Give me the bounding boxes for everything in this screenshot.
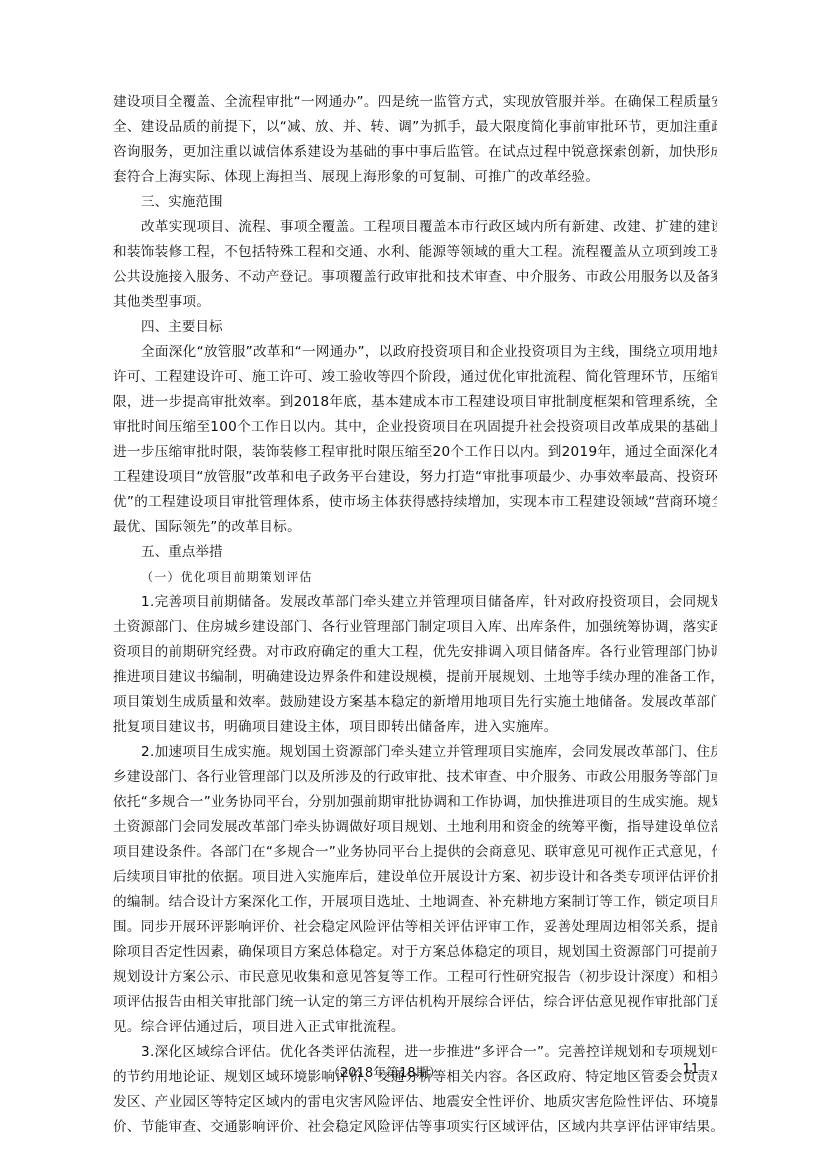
- text-line: 优”的工程建设项目审批管理体系，使市场主体获得感持续增加，实现本市工程建设领域“…: [113, 490, 717, 515]
- text-line: 围。同步开展环评影响评价、社会稳定风险评估等相关评估评审工作，妥善处理周边相邻关…: [113, 915, 717, 940]
- paragraph: 建设项目全覆盖、全流程审批“一网通办”。四是统一监管方式，实现放管服并举。在确保…: [113, 90, 717, 190]
- issue-label: （2018年第18期）: [327, 1062, 442, 1081]
- text-line: 其他类型事项。: [113, 290, 717, 315]
- text-line: 项目策划生成质量和效率。鼓励建设方案基本稳定的新增用地项目先行实施土地储备。发展…: [113, 690, 717, 715]
- text-line: 规划设计方案公示、市民意见收集和意见答复等工作。工程可行性研究报告（初步设计深度…: [113, 965, 717, 990]
- page-footer: （2018年第18期） 11: [113, 1062, 717, 1082]
- section-heading: 四、主要目标: [113, 315, 717, 340]
- text-line: 限，进一步提高审批效率。到2018年底，基本建成本市工程建设项目审批制度框架和管…: [113, 390, 717, 415]
- text-line: 最优、国际领先”的改革目标。: [113, 515, 717, 540]
- text-line: 项评估报告由相关审批部门统一认定的第三方评估机构开展综合评估，综合评估意见视作审…: [113, 990, 717, 1015]
- text-line: 全面深化“放管服”改革和“一网通办”，以政府投资项目和企业投资项目为主线，围绕立…: [113, 340, 717, 365]
- text-line: 除项目否定性因素，确保项目方案总体稳定。对于方案总体稳定的项目，规划国土资源部门…: [113, 940, 717, 965]
- text-line: 后续项目审批的依据。项目进入实施库后，建设单位开展设计方案、初步设计和各类专项评…: [113, 865, 717, 890]
- text-line: 全、建设品质的前提下，以“减、放、并、转、调”为抓手，最大限度简化事前审批环节，…: [113, 115, 717, 140]
- text-line: 2.加速项目生成实施。规划国土资源部门牵头建立并管理项目实施库，会同发展改革部门…: [113, 740, 717, 765]
- text-line: 推进项目建议书编制，明确建设边界条件和建设规模，提前开展规划、土地等手续办理的准…: [113, 665, 717, 690]
- text-line: 许可、工程建设许可、施工许可、竣工验收等四个阶段，通过优化审批流程、简化管理环节…: [113, 365, 717, 390]
- paragraph: 1.完善项目前期储备。发展改革部门牵头建立并管理项目储备库，针对政府投资项目，会…: [113, 590, 717, 740]
- text-line: 发区、产业园区等特定区域内的雷电灾害风险评估、地震安全性评价、地质灾害危险性评估…: [113, 1090, 717, 1115]
- paragraph: 改革实现项目、流程、事项全覆盖。工程项目覆盖本市行政区域内所有新建、改建、扩建的…: [113, 215, 717, 315]
- paragraph: 3.深化区域综合评估。优化各类评估流程，进一步推进“多评合一”。完善控详规划和专…: [113, 1040, 717, 1140]
- text-line: 套符合上海实际、体现上海担当、展现上海形象的可复制、可推广的改革经验。: [113, 165, 717, 190]
- paragraph: 2.加速项目生成实施。规划国土资源部门牵头建立并管理项目实施库，会同发展改革部门…: [113, 740, 717, 1040]
- text-line: 项目建设条件。各部门在“多规合一”业务协同平台上提供的会商意见、联审意见可视作正…: [113, 840, 717, 865]
- text-line: 乡建设部门、各行业管理部门以及所涉及的行政审批、技术审查、中介服务、市政公用服务…: [113, 765, 717, 790]
- document-body: 建设项目全覆盖、全流程审批“一网通办”。四是统一监管方式，实现放管服并举。在确保…: [113, 90, 717, 1140]
- text-line: 改革实现项目、流程、事项全覆盖。工程项目覆盖本市行政区域内所有新建、改建、扩建的…: [113, 215, 717, 240]
- section-heading: 三、实施范围: [113, 190, 717, 215]
- text-line: 资项目的前期研究经费。对市政府确定的重大工程，优先安排调入项目储备库。各行业管理…: [113, 640, 717, 665]
- text-line: 审批时间压缩至100个工作日以内。其中，企业投资项目在巩固提升社会投资项目改革成…: [113, 415, 717, 440]
- text-line: 价、节能审查、交通影响评价、社会稳定风险评估等事项实行区域评估，区域内共享评估评…: [113, 1115, 717, 1140]
- text-line: 1.完善项目前期储备。发展改革部门牵头建立并管理项目储备库，针对政府投资项目，会…: [113, 590, 717, 615]
- text-line: 批复项目建议书，明确项目建设主体，项目即转出储备库，进入实施库。: [113, 715, 717, 740]
- text-line: 土资源部门会同发展改革部门牵头协调做好项目规划、土地利用和资金的统筹平衡，指导建…: [113, 815, 717, 840]
- text-line: 土资源部门、住房城乡建设部门、各行业管理部门制定项目入库、出库条件，加强统筹协调…: [113, 615, 717, 640]
- paragraph: 全面深化“放管服”改革和“一网通办”，以政府投资项目和企业投资项目为主线，围绕立…: [113, 340, 717, 540]
- text-line: 咨询服务，更加注重以诚信体系建设为基础的事中事后监管。在试点过程中锐意探索创新，…: [113, 140, 717, 165]
- subsection-heading: （一）优化项目前期策划评估: [113, 565, 717, 590]
- text-line: 依托“多规合一”业务协同平台，分别加强前期审批协调和工作协调，加快推进项目的生成…: [113, 790, 717, 815]
- section-heading: 五、重点举措: [113, 540, 717, 565]
- text-line: 进一步压缩审批时限，装饰装修工程审批时限压缩至20个工作日以内。到2019年，通…: [113, 440, 717, 465]
- text-line: 见。综合评估通过后，项目进入正式审批流程。: [113, 1015, 717, 1040]
- text-line: 公共设施接入服务、不动产登记。事项覆盖行政审批和技术审查、中介服务、市政公用服务…: [113, 265, 717, 290]
- page-number: 11: [682, 1062, 699, 1077]
- text-line: 和装饰装修工程，不包括特殊工程和交通、水利、能源等领域的重大工程。流程覆盖从立项…: [113, 240, 717, 265]
- text-line: 建设项目全覆盖、全流程审批“一网通办”。四是统一监管方式，实现放管服并举。在确保…: [113, 90, 717, 115]
- text-line: 工程建设项目“放管服”改革和电子政务平台建设，努力打造“审批事项最少、办事效率最…: [113, 465, 717, 490]
- text-line: 的编制。结合设计方案深化工作，开展项目选址、土地调查、补充耕地方案制订等工作，锁…: [113, 890, 717, 915]
